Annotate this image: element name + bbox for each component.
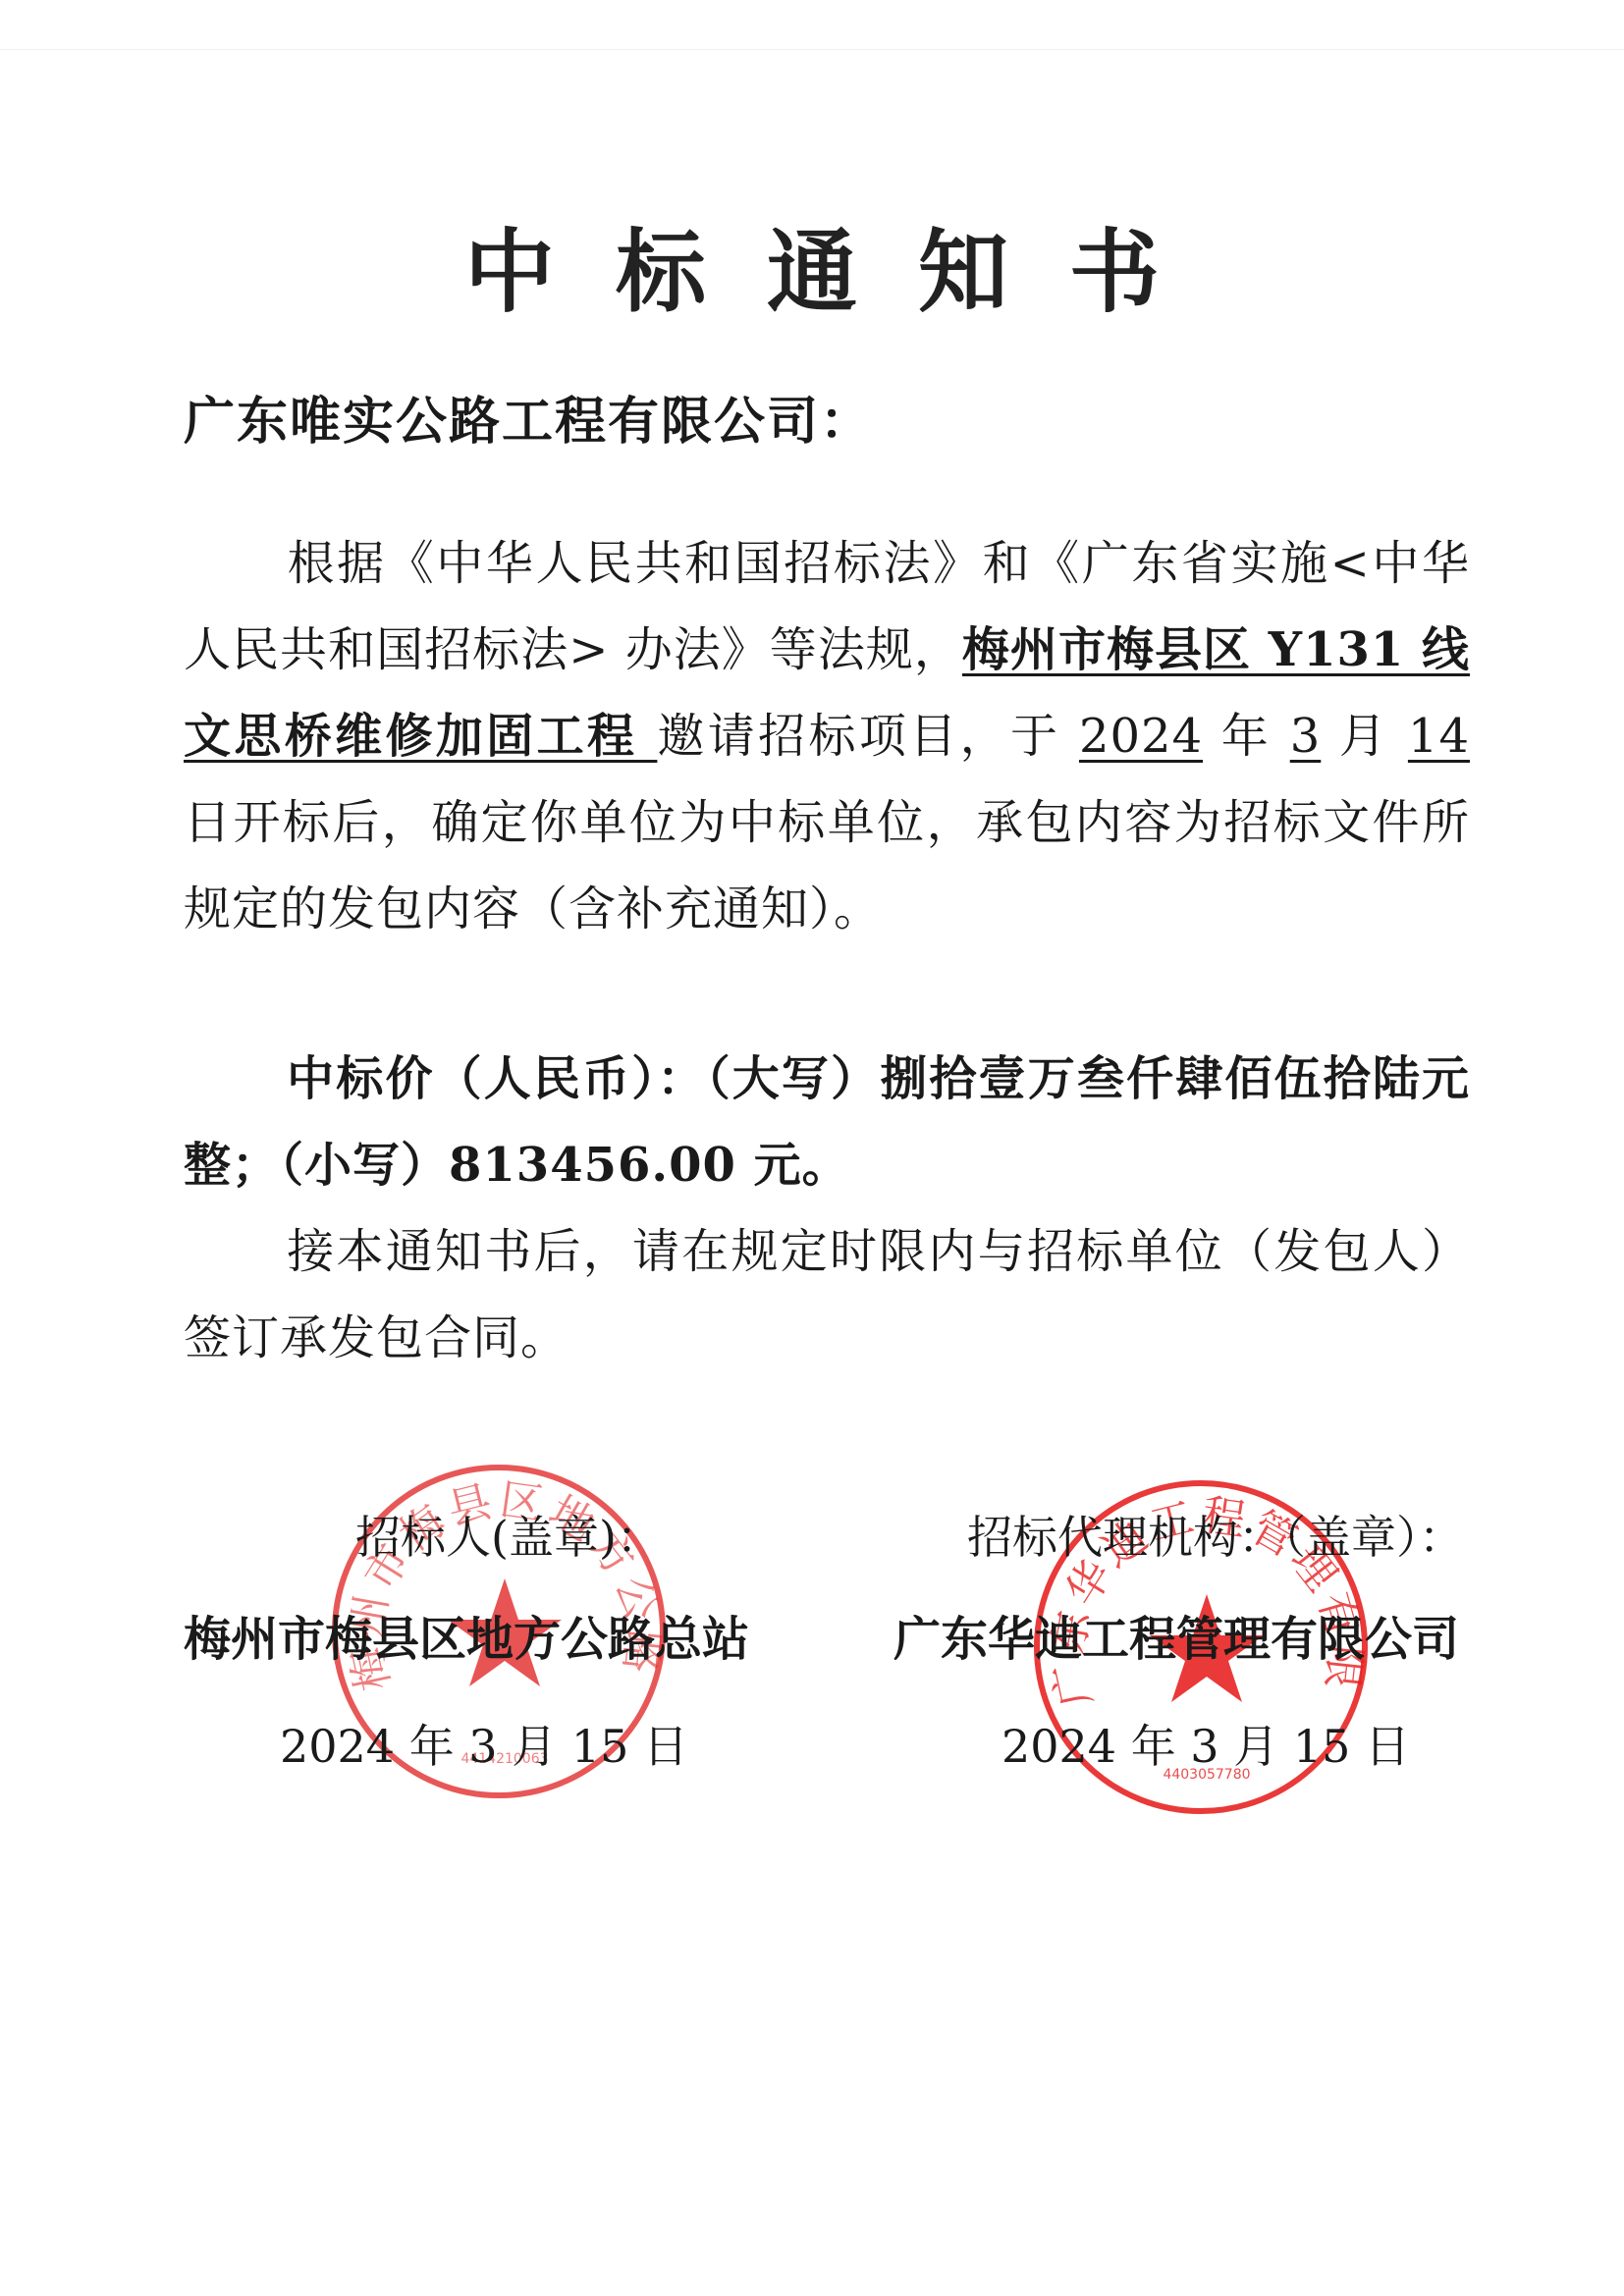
- bid-price-paragraph: 中标价（人民币）：（大写）捌拾壹万叁仟肆佰伍拾陆元整；（小写）813456.00…: [184, 1036, 1470, 1208]
- scan-artifact-line: [0, 49, 1624, 50]
- tenderer-name: 梅州市梅县区地方公路总站: [184, 1609, 749, 1670]
- invite-text: 邀请招标项目，于: [657, 709, 1079, 764]
- contract-instruction-text: 接本通知书后，请在规定时限内与招标单位（发包人）签订承发包合同。: [184, 1224, 1470, 1365]
- award-paragraph: 根据《中华人民共和国招标法》和《广东省实施<中华人民共和国招标法> 办法》等法规…: [184, 520, 1470, 952]
- month-unit: 月: [1321, 709, 1408, 764]
- agency-date: 2024 年 3 月 15 日: [1001, 1717, 1410, 1776]
- year-unit: 年: [1203, 709, 1290, 764]
- contract-instruction-paragraph: 接本通知书后，请在规定时限内与招标单位（发包人）签订承发包合同。: [184, 1208, 1470, 1381]
- tenderer-date: 2024 年 3 月 15 日: [280, 1717, 688, 1776]
- award-text: 日开标后，确定你单位为中标单位，承包内容为招标文件所规定的发包内容（含补充通知）…: [184, 795, 1470, 936]
- addressee: 广东唯实公路工程有限公司：: [184, 391, 873, 454]
- open-year: 2024: [1079, 709, 1203, 764]
- page-title: 中标通知书: [0, 218, 1624, 326]
- agency-label: 招标代理机构：（盖章）：: [967, 1508, 1464, 1567]
- open-day: 14: [1408, 709, 1470, 764]
- agency-name: 广东华迪工程管理有限公司: [893, 1609, 1459, 1670]
- tenderer-label: 招标人(盖章)：: [355, 1508, 662, 1567]
- bid-price-text: 中标价（人民币）：（大写）捌拾壹万叁仟肆佰伍拾陆元整；（小写）813456.00…: [184, 1051, 1470, 1193]
- open-month: 3: [1290, 709, 1322, 764]
